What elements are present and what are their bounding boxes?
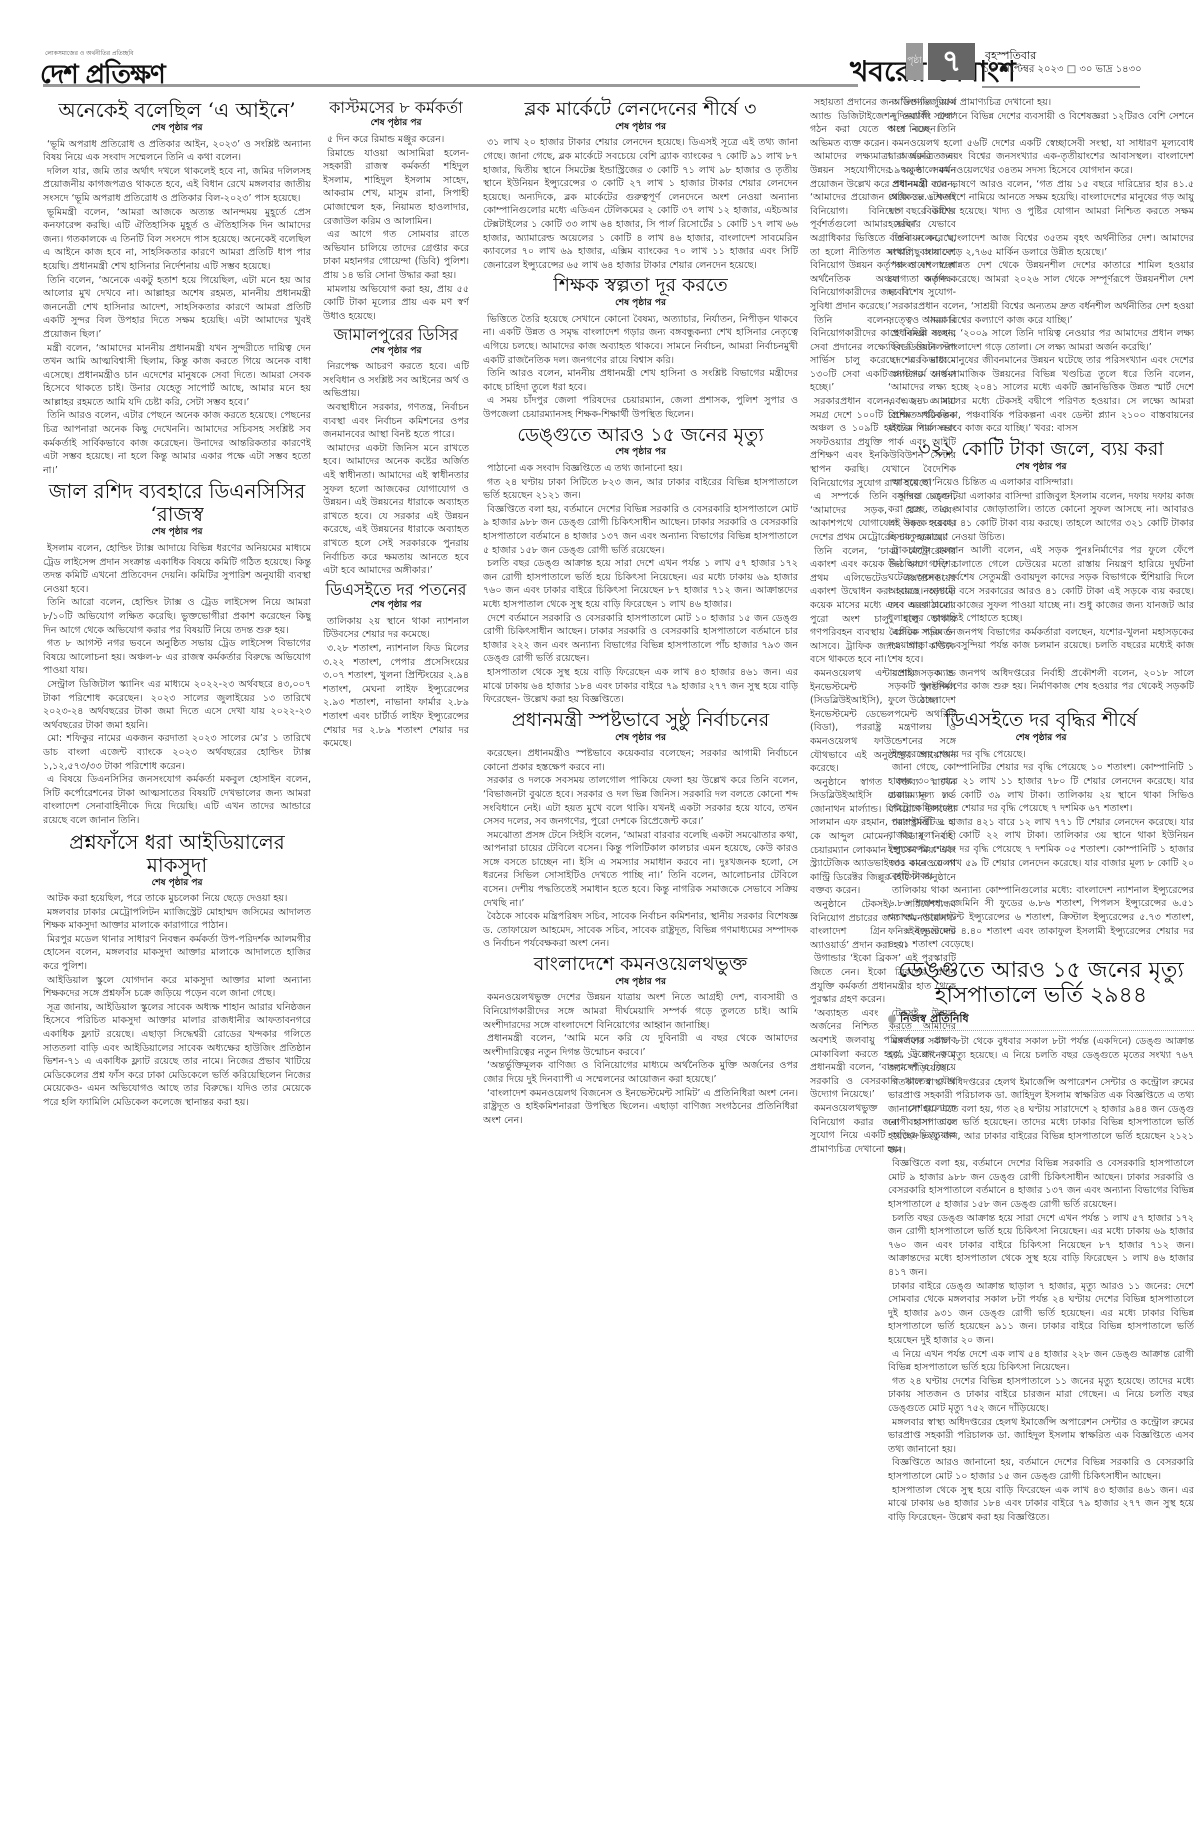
paragraph: ‘বাংলাদেশ স্বল্পোন্নত দেশ থেকে উন্নয়নশী… bbox=[888, 259, 1194, 300]
paragraph: ৫ দিন করে রিমান্ড মঞ্জুর করেন। bbox=[323, 133, 469, 147]
article-dse-rise: ডিএসইতে দর বৃদ্ধির শীর্ষে শেষ পৃষ্ঠার পর… bbox=[888, 710, 1194, 951]
paragraph: তিনি আরো বলেন, হোল্ডিং ট্যাক্স ও ট্রেড ল… bbox=[43, 596, 311, 637]
headline[interactable]: বাংলাদেশে কমনওয়েলথভুক্ত bbox=[483, 954, 798, 976]
continued-label: শেষ পৃষ্ঠার পর bbox=[323, 117, 469, 131]
paragraph: মঙ্গলবার ঢাকার মেট্রোপলিটন ম্যাজিস্ট্রেট… bbox=[43, 906, 311, 933]
continued-label: শেষ পৃষ্ঠার পর bbox=[483, 732, 798, 746]
paragraph: মিরপুর মডেল থানার সাধারণ নিবন্ধন কর্মকর্… bbox=[43, 933, 311, 974]
page-label: পৃষ্ঠা bbox=[906, 43, 923, 80]
paragraph: তিনি আরও বলেন, মাননীয় প্রধানমন্ত্রী শেখ… bbox=[483, 367, 798, 394]
paragraph: আটক করা হয়েছিল, পরে তাকে মুচলেকা নিয়ে … bbox=[43, 892, 311, 906]
paragraph: এ বিষয়ে ডিএনসিসির জনসংযোগ কর্মকর্তা মকব… bbox=[43, 773, 311, 827]
paragraph: যশোর সড়ক ও জনপথ অধিদপ্তরের নির্বাহী প্র… bbox=[888, 667, 1194, 708]
headline[interactable]: ডিএসইতে দর পতনের bbox=[323, 581, 469, 599]
paragraph: অবস্থাধীনে সরকার, গণতন্ত্র, নির্বাচন ব্য… bbox=[323, 401, 469, 442]
paragraph: কমনওয়েলথ হলো ৫৬টি দেশের একটি স্বেচ্ছাসে… bbox=[888, 137, 1194, 178]
paragraph: রিমান্ডে যাওয়া আসামিরা হলেন- সহকারী রাজ… bbox=[323, 147, 469, 229]
paragraph: করেছেন। প্রধানমন্ত্রীও স্পষ্টভাবে কয়েকব… bbox=[483, 747, 798, 774]
date-divider bbox=[982, 86, 1140, 88]
paragraph: গত ৮ আগস্ট নগর ভবনে অনুষ্ঠিত সভায় ট্রেড… bbox=[43, 637, 311, 678]
paragraph: ভিত্তিতে তৈরি হয়েছে সেখানে কোনো বৈষম্য,… bbox=[483, 313, 798, 367]
headline-line-2[interactable]: হাসপাতালে ভর্তি ২৯৪৪ bbox=[888, 983, 1194, 1008]
column-2: কাস্টমসের ৮ কর্মকর্তা শেষ পৃষ্ঠার পর ৫ দ… bbox=[323, 96, 469, 1836]
headline[interactable]: কাস্টমসের ৮ কর্মকর্তা bbox=[323, 99, 469, 117]
date: ১৪ সেপ্টেম্বর ২০২৩ □ ৩০ ভাদ্র ১৪৩০ bbox=[983, 62, 1142, 79]
paragraph: আসবে তা নিয়েও চিন্তিত এ এলাকার বাসিন্দা… bbox=[888, 476, 1194, 490]
headline[interactable]: ডেঙ্গুতে আরও ১৫ জনের মৃত্যু bbox=[483, 425, 798, 447]
page-number: ৭ bbox=[928, 43, 975, 80]
paragraph: বসুন্দিয়া চেঙ্গুটিয়া এলাকার বাসিন্দা র… bbox=[888, 490, 1194, 544]
paragraph: কোম্পানিটি ৫ হাজার ৪২১ বারে ১২ লাখ ৭৭১ ট… bbox=[888, 816, 1194, 884]
article-dengue-main: ডেঙ্গুতে আরও ১৫ জনের মৃত্যু হাসপাতালে ভর… bbox=[888, 958, 1194, 1525]
continued-label: শেষ পৃষ্ঠার পর bbox=[888, 461, 1194, 475]
article-commonwealth: বাংলাদেশে কমনওয়েলথভুক্ত শেষ পৃষ্ঠার পর … bbox=[483, 954, 798, 1127]
article-dncc: জাল রশিদ ব্যবহারে ডিএনসিসির ‘রাজস্ব শেষ … bbox=[43, 480, 311, 827]
paragraph: দুদিনব্যাপী সম্মেলনে বিভিন্ন দেশের ব্যবস… bbox=[888, 110, 1194, 137]
paragraph: বিজ্ঞপ্তিতে আরও জানানো হয়, বর্তমানে দেশ… bbox=[888, 1456, 1194, 1483]
paragraph: প্রধানমন্ত্রী তার ভাষণে আরও বলেন, ‘গত প্… bbox=[888, 178, 1194, 232]
masthead: লোকসমাজের ও অর্থনীতির প্রতিচ্ছবি দেশ প্র… bbox=[0, 0, 1200, 80]
paragraph: ‘অন্তর্ভুক্তিমূলক বাণিজ্য ও বিনিয়োগের ম… bbox=[483, 1059, 798, 1086]
paragraph: নিরপেক্ষ আচরণ করতে হবে। এটি সংবিধান ও সং… bbox=[323, 360, 469, 401]
commonwealth-continuation: অডিও-ভিজ্যুয়াল প্রামাণ্যচিত্র দেখানো হয… bbox=[888, 96, 1194, 436]
paragraph: অডিও-ভিজ্যুয়াল প্রামাণ্যচিত্র দেখানো হয… bbox=[888, 96, 1194, 110]
paragraph: আমাদের একটা জিনিস মনে রাখতে হবে। আমাদের … bbox=[323, 442, 469, 578]
paragraph: এ সময় চাঁদপুর জেলা পরিষদের চেয়ারম্যান,… bbox=[483, 394, 798, 421]
paragraph: কমনওয়েলথভুক্ত দেশের উন্নয়ন যাত্রায় অং… bbox=[483, 991, 798, 1032]
continued-label: শেষ পৃষ্ঠার পর bbox=[43, 877, 311, 891]
paragraph: এর আগে গত সোমবার রাতে অভিযান চালিয়ে তাদ… bbox=[323, 228, 469, 282]
headline[interactable]: প্রধানমন্ত্রী স্পষ্টভাবে সুষ্ঠু নির্বাচন… bbox=[483, 710, 798, 732]
continued-label: শেষ পৃষ্ঠার পর bbox=[43, 122, 311, 136]
column-right-content: অডিও-ভিজ্যুয়াল প্রামাণ্যচিত্র দেখানো হয… bbox=[888, 96, 1194, 1836]
paragraph: তিনি বলেন, ‘অনেকে একটু হতাশ হয়ে গিয়েছি… bbox=[43, 274, 311, 342]
paragraph: হাসপাতাল থেকে সুস্থ হয়ে বাড়ি ফিরেছেন এ… bbox=[888, 1484, 1194, 1525]
paragraph: মঙ্গলবার সকাল ৮টা থেকে বুধবার সকাল ৮টা প… bbox=[888, 1035, 1194, 1076]
paragraph: বিজ্ঞপ্তিতে বলা হয়, বর্তমানে দেশের বিভি… bbox=[888, 1157, 1194, 1211]
paragraph: দেশে বর্তমানে সরকারি ও বেসরকারি হাসপাতাল… bbox=[483, 612, 798, 666]
paragraph: হাসপাতাল থেকে সুস্থ হয়ে বাড়ি ফিরেছেন এ… bbox=[483, 666, 798, 707]
paragraph: এ নিয়ে এখন পর্যন্ত দেশে এক লাখ ৫৪ হাজার… bbox=[888, 1348, 1194, 1375]
continued-label: শেষ পৃষ্ঠার পর bbox=[323, 345, 469, 359]
article-ain: অনেকেই বলেছিল ‘এ আইনে’ শেষ পৃষ্ঠার পর ‘ভ… bbox=[43, 99, 311, 477]
continued-label: শেষ পৃষ্ঠার পর bbox=[483, 446, 798, 460]
article-teacher: শিক্ষক স্বল্পতা দূর করতে শেষ পৃষ্ঠার পর … bbox=[483, 275, 798, 421]
continued-label: শেষ পৃষ্ঠার পর bbox=[323, 599, 469, 613]
article-dengue-continued: ডেঙ্গুতে আরও ১৫ জনের মৃত্যু শেষ পৃষ্ঠার … bbox=[483, 425, 798, 707]
headline[interactable]: ডিএসইতে দর বৃদ্ধির শীর্ষে bbox=[888, 710, 1194, 732]
paragraph: তিনি আরও বলেন, এটার পেছনে অনেক কাজ করতে … bbox=[43, 409, 311, 477]
article-maksuda: প্রশ্নফাঁসে ধরা আইডিয়ালের মাকসুদা শেষ প… bbox=[43, 831, 311, 1110]
paragraph: সরকারপ্রধান বলেন, ‘সাশ্রয়ী বিশ্বের অন্য… bbox=[888, 300, 1194, 327]
paragraph: ইন্স্যুরেন্সের শেয়ার দর বৃদ্ধি পেয়েছে। bbox=[888, 748, 1194, 762]
headline[interactable]: জামালপুরের ডিসির bbox=[323, 326, 469, 344]
headline[interactable]: জাল রশিদ ব্যবহারে ডিএনসিসির ‘রাজস্ব bbox=[43, 480, 311, 526]
paragraph: মঙ্গলবার স্বাস্থ্য অধিদপ্তরের হেলথ ইমার্… bbox=[888, 1416, 1194, 1457]
headline[interactable]: ৩২১ কোটি টাকা জলে, ব্যয় করা bbox=[888, 439, 1194, 461]
article-election: প্রধানমন্ত্রী স্পষ্টভাবে সুষ্ঠু নির্বাচন… bbox=[483, 710, 798, 951]
paragraph: তালিকায় ২য় স্থানে থাকা ন্যাশনাল টিউবসে… bbox=[323, 615, 469, 642]
paragraph: এদিকে সড়ক ও জনপথ বিভাগের কর্মকর্তারা বল… bbox=[888, 626, 1194, 667]
paragraph: মো: শফিকুর নামের একজন করদাতা ২০২৩ সালের … bbox=[43, 732, 311, 773]
headline[interactable]: অনেকেই বলেছিল ‘এ আইনে’ bbox=[43, 99, 311, 122]
paragraph: দলিল যার, জমি তার অর্থাৎ দখলে থাকলেই হবে… bbox=[43, 165, 311, 206]
headline[interactable]: প্রশ্নফাঁসে ধরা আইডিয়ালের মাকসুদা bbox=[43, 831, 311, 877]
paragraph: বিজ্ঞপ্তিতে বলা হয়, বর্তমানে দেশের বিভি… bbox=[483, 503, 798, 557]
paragraph: গত ২৪ ঘণ্টায় ঢাকা সিটিতে ৮২৩ জন, আর ঢাক… bbox=[483, 476, 798, 503]
headline[interactable]: শিক্ষক স্বল্পতা দূর করতে bbox=[483, 275, 798, 297]
paragraph: দেশের কিভাবে মানুষের জীবনমানের উন্নয়ন ঘ… bbox=[888, 354, 1194, 436]
article-321-crore: ৩২১ কোটি টাকা জলে, ব্যয় করা শেষ পৃষ্ঠার… bbox=[888, 439, 1194, 708]
masthead-divider bbox=[43, 84, 858, 87]
paragraph: ‘ভূমি অপরাধ প্রতিরোধ ও প্রতিকার আইন, ২০২… bbox=[43, 138, 311, 165]
paragraph: মন্ত্রী বলেন, ‘আমাদের মাননীয় প্রধানমন্ত… bbox=[43, 342, 311, 410]
bullet-icon bbox=[888, 1015, 896, 1023]
headline-line-1[interactable]: ডেঙ্গুতে আরও ১৫ জনের মৃত্যু bbox=[888, 958, 1194, 983]
paragraph: সমঝোতা প্রসঙ্গ টেনে সিইসি বলেন, ‘আমরা বা… bbox=[483, 829, 798, 911]
paragraph: পাঠানো এক সংবাদ বিজ্ঞপ্তিতে এ তথ্য জানান… bbox=[483, 462, 798, 476]
article-customs: কাস্টমসের ৮ কর্মকর্তা শেষ পৃষ্ঠার পর ৫ দ… bbox=[323, 99, 469, 323]
paragraph: ভূমিমন্ত্রী বলেন, ‘আমরা আজকে অত্যন্ত আনন… bbox=[43, 206, 311, 274]
continued-label: শেষ পৃষ্ঠার পর bbox=[888, 732, 1194, 746]
article-dse-fall: ডিএসইতে দর পতনের শেষ পৃষ্ঠার পর তালিকায়… bbox=[323, 581, 469, 751]
paragraph: জানা গেছে, কোম্পানিটির শেয়ার দর বৃদ্ধি … bbox=[888, 761, 1194, 815]
paragraph: আইডিয়াল স্কুলে যোগদান করে মাকসুদা আক্তা… bbox=[43, 974, 311, 1001]
paragraph: সেন্ট্রাল ডিজিটাল স্ক্যানিং এর মাধ্যমে ২… bbox=[43, 678, 311, 732]
paragraph: বৈঠকে সাবেক মন্ত্রিপরিষদ সচিব, সাবেক নির… bbox=[483, 910, 798, 951]
paragraph: তিনি বলেন, ‘বাংলাদেশ আজ বিশ্বের ৩৫তম বৃহ… bbox=[888, 232, 1194, 259]
paragraph: গত ২৪ ঘণ্টায় দেশের বিভিন্ন হাসপাতালে ১১… bbox=[888, 1375, 1194, 1416]
continued-label: শেষ পৃষ্ঠার পর bbox=[483, 297, 798, 311]
paragraph: ৩১ লাখ ২০ হাজার টাকার শেয়ার লেনদেন হয়ে… bbox=[483, 136, 798, 272]
paragraph: চলতি বছর ডেঙ্গু আক্রান্ত হয়ে সারা দেশে … bbox=[483, 557, 798, 611]
column-3: ব্লক মার্কেটে লেনদেনের শীর্ষে ৩ শেষ পৃষ্… bbox=[483, 96, 798, 1836]
paragraph: ট্রাকচালক রমজান আলী বলেন, এই সড়ক পুনঃনি… bbox=[888, 544, 1194, 626]
paragraph: ‘বাংলাদেশ কমনওয়েলথ বিজনেস ও ইনভেস্টমেন্… bbox=[483, 1087, 798, 1128]
continued-label: শেষ পৃষ্ঠার পর bbox=[43, 526, 311, 540]
article-jamalpur: জামালপুরের ডিসির শেষ পৃষ্ঠার পর নিরপেক্ষ… bbox=[323, 326, 469, 577]
paragraph: মামলায় অভিযোগ করা হয়, প্রায় ৫৫ কোটি ট… bbox=[323, 283, 469, 324]
byline-text: নিজস্ব প্রতিনিধি bbox=[900, 1012, 969, 1025]
byline: নিজস্ব প্রতিনিধি bbox=[888, 1012, 1194, 1031]
column-1: অনেকেই বলেছিল ‘এ আইনে’ শেষ পৃষ্ঠার পর ‘ভ… bbox=[43, 96, 311, 1836]
paragraph: চলতি বছর ডেঙ্গু আক্রান্ত হয়ে সারা দেশে … bbox=[888, 1212, 1194, 1280]
paragraph: তালিকায় থাকা অন্যান্য কোম্পানিগুলোর মধ্… bbox=[888, 884, 1194, 952]
paragraph: গতকাল স্বাস্থ্য অধিদপ্তরের হেলথ ইমার্জেন… bbox=[888, 1076, 1194, 1158]
headline[interactable]: ব্লক মার্কেটে লেনদেনের শীর্ষে ৩ bbox=[483, 99, 798, 121]
paragraph: সরকার ও দলকে সবসময় তালগোল পাকিয়ে ফেলা … bbox=[483, 774, 798, 828]
continued-label: শেষ পৃষ্ঠার পর bbox=[483, 121, 798, 135]
paragraph: ৩.২৮ শতাংশ, ন্যাশনাল ফিড মিলের ৩.২২ শতাং… bbox=[323, 642, 469, 751]
paragraph: ইসলাম বলেন, হোল্ডিং ট্যাক্স আদায়ে বিভিন… bbox=[43, 542, 311, 596]
article-block-market: ব্লক মার্কেটে লেনদেনের শীর্ষে ৩ শেষ পৃষ্… bbox=[483, 99, 798, 272]
paragraph: সূত্র জানায়, আইডিয়াল স্কুলের সাবেক অধ্… bbox=[43, 1001, 311, 1110]
continued-label: শেষ পৃষ্ঠার পর bbox=[483, 976, 798, 990]
paragraph: প্রধানমন্ত্রী বলেন, ‘২০০৯ সালে তিনি দায়… bbox=[888, 327, 1194, 354]
paragraph: প্রধানমন্ত্রী বলেন, ‘আমি মনে করি যে দুবি… bbox=[483, 1032, 798, 1059]
paragraph: ঢাকার বাইরে ডেঙ্গু আক্রান্ত ছাড়াল ৭ হাজ… bbox=[888, 1280, 1194, 1348]
newspaper-logo[interactable]: দেশ প্রতিক্ষণ bbox=[40, 54, 165, 98]
